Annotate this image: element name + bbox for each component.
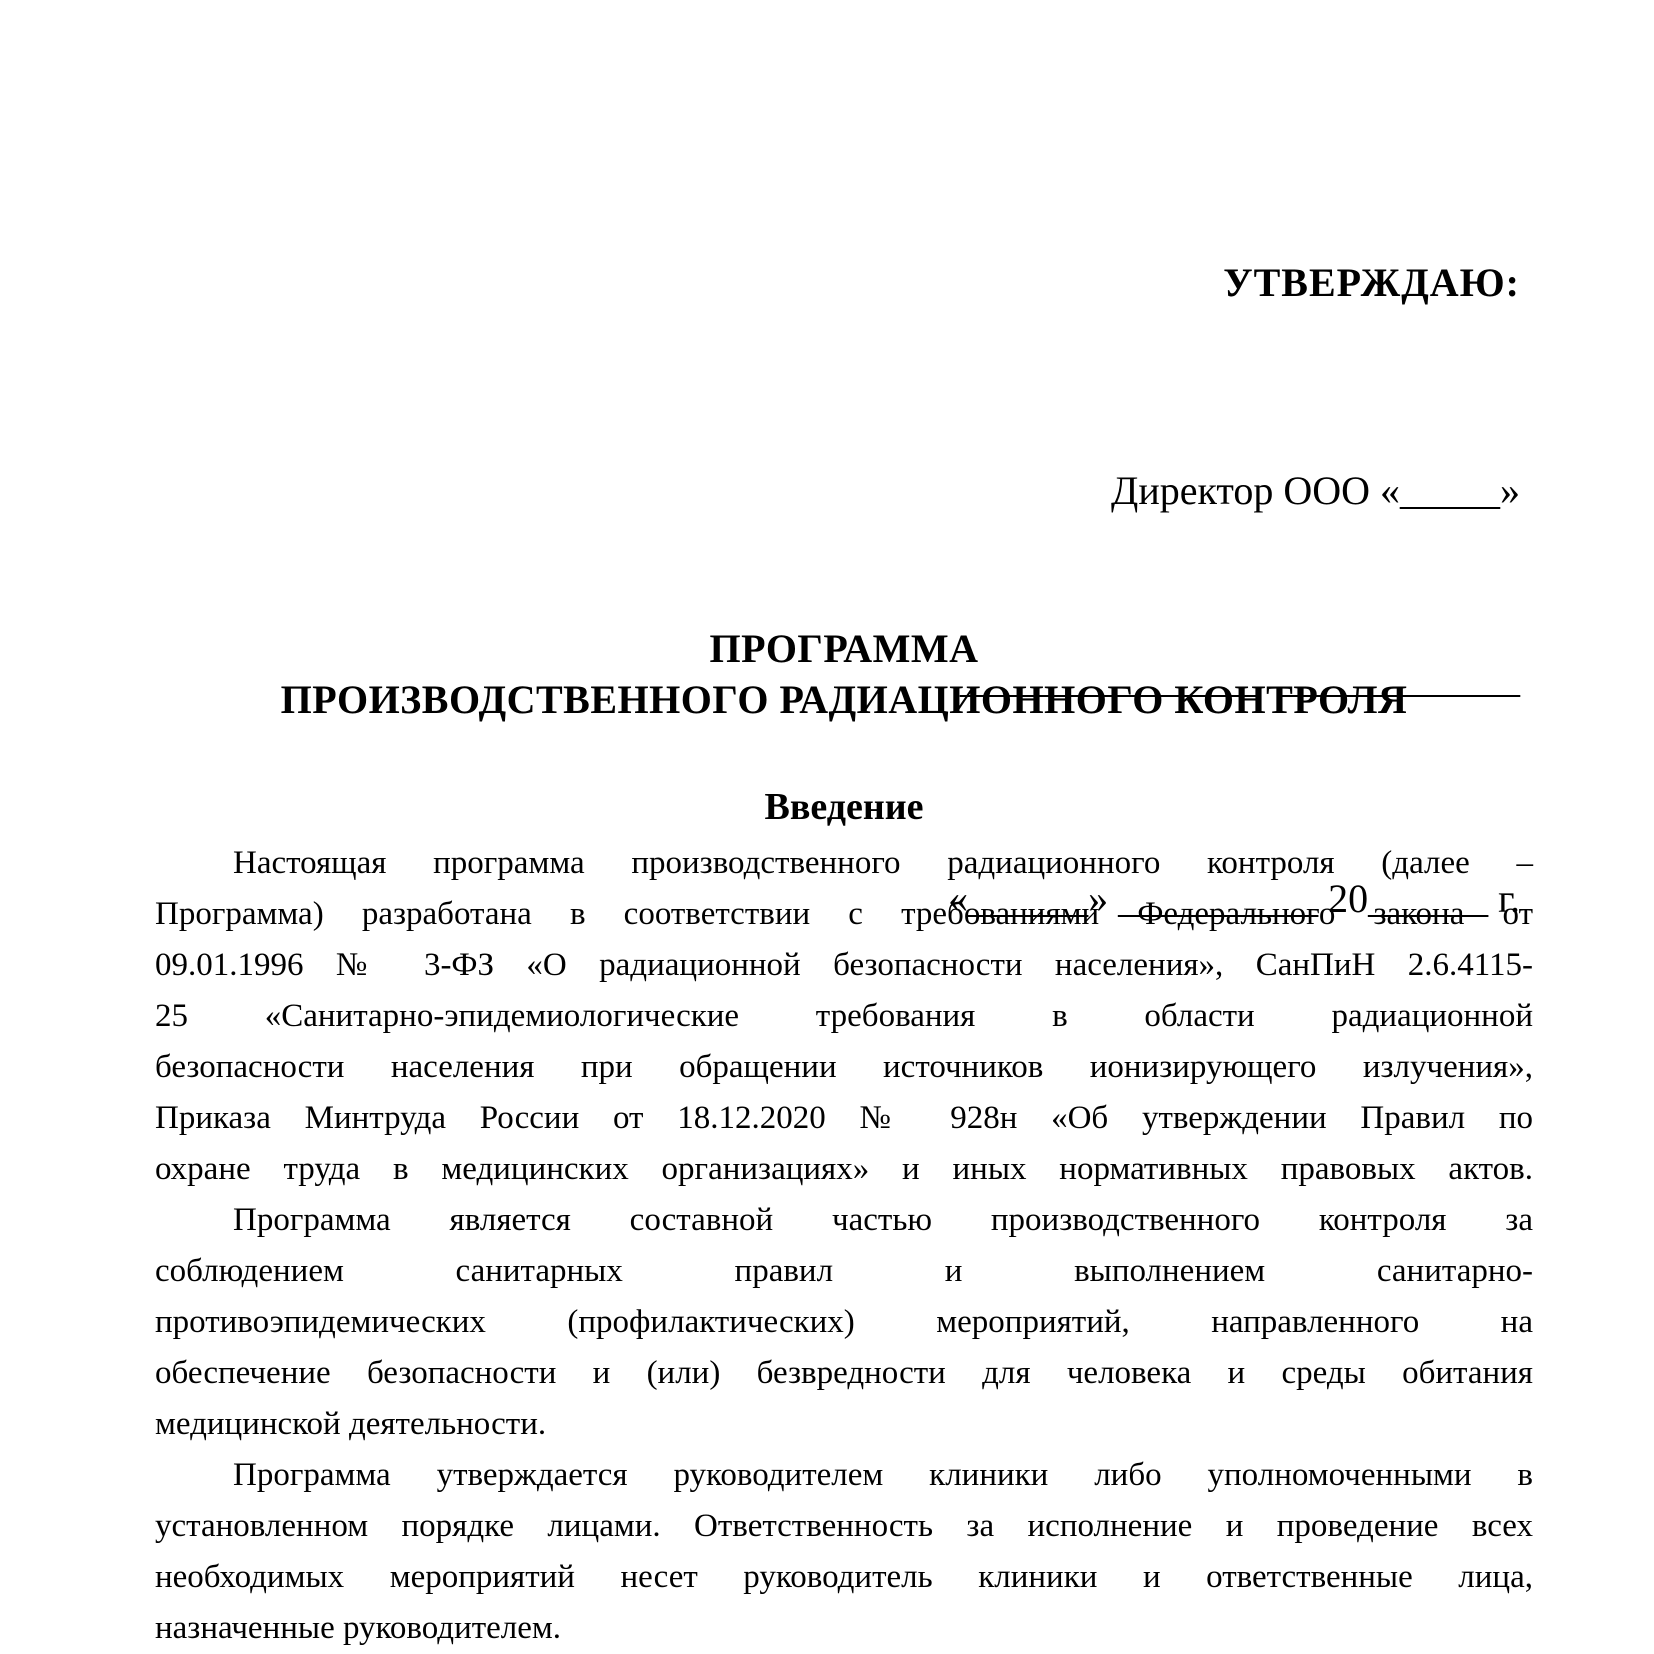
paragraph-1-line-1: Настоящая программа производственного ра… [155,838,1533,889]
paragraph-3-line-3: необходимых мероприятий несет руководите… [155,1552,1533,1603]
document-body: Настоящая программа производственного ра… [155,838,1533,1654]
paragraph-3-line-4: назначенные руководителем. [155,1603,1533,1654]
paragraph-1-line-6: Приказа Минтруда России от 18.12.2020 № … [155,1093,1533,1144]
director-line: Директор ООО «_____» [948,466,1520,516]
title-line-1: ПРОГРАММА [155,623,1533,674]
document-page: УТВЕРЖДАЮ: Директор ООО «_____» ________… [0,0,1654,1654]
section-heading-introduction: Введение [155,782,1533,833]
paragraph-1-line-2: Программа) разработана в соответствии с … [155,889,1533,940]
approval-label: УТВЕРЖДАЮ: [948,258,1520,308]
paragraph-2-line-4: обеспечение безопасности и (или) безвред… [155,1348,1533,1399]
paragraph-2-line-1: Программа является составной частью прои… [155,1195,1533,1246]
paragraph-1-line-3: 09.01.1996 № 3-ФЗ «О радиационной безопа… [155,940,1533,991]
paragraph-3-line-1: Программа утверждается руководителем кли… [155,1450,1533,1501]
title-line-2: ПРОИЗВОДСТВЕННОГО РАДИАЦИОННОГО КОНТРОЛЯ [155,674,1533,725]
paragraph-2-line-5: медицинской деятельности. [155,1399,1533,1450]
paragraph-2-line-3: противоэпидемических (профилактических) … [155,1297,1533,1348]
paragraph-3-line-2: установленном порядке лицами. Ответствен… [155,1501,1533,1552]
paragraph-1-line-7: охране труда в медицинских организациях»… [155,1144,1533,1195]
paragraph-1-line-4: 25 «Санитарно-эпидемиологические требова… [155,991,1533,1042]
document-title: ПРОГРАММА ПРОИЗВОДСТВЕННОГО РАДИАЦИОННОГ… [155,623,1533,725]
paragraph-1-line-5: безопасности населения при обращении ист… [155,1042,1533,1093]
paragraph-2-line-2: соблюдением санитарных правил и выполнен… [155,1246,1533,1297]
